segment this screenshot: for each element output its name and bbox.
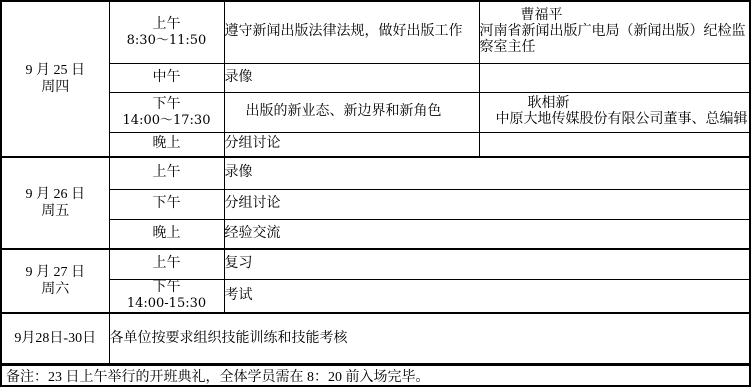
schedule-table: 9 月 25 日 周四 上午 8:30～11:50 遵守新闻出版法律法规，做好出…	[0, 0, 751, 365]
time-cell-d2-morning: 上午	[109, 157, 224, 189]
speaker-name: 耿相新	[480, 96, 750, 112]
activity-cell-d1-noon: 录像	[224, 63, 479, 92]
speaker-cell-d1-afternoon: 耿相新 中原大地传媒股份有限公司董事、总编辑	[479, 92, 750, 132]
date-cell-sep25: 9 月 25 日 周四	[1, 1, 109, 157]
date-cell-sep26: 9 月 26 日 周五	[1, 157, 109, 249]
time-range: 14:00-15:30	[110, 296, 224, 311]
schedule-page: 9 月 25 日 周四 上午 8:30～11:50 遵守新闻出版法律法规，做好出…	[0, 0, 752, 387]
time-cell-d1-morning: 上午 8:30～11:50	[109, 1, 224, 63]
time-cell-d1-afternoon: 下午 14:00～17:30	[109, 92, 224, 132]
remark-text: 备注：23 日上午举行的开班典礼，全体学员需在 8：20 前入场完毕。	[6, 366, 430, 386]
time-cell-d1-evening: 晚上	[109, 132, 224, 157]
time-range: 8:30～11:50	[110, 33, 224, 48]
date-cell-sep28-30: 9月28日-30日	[1, 313, 109, 364]
time-cell-d2-evening: 晚上	[109, 219, 224, 249]
activity-cell-d3-afternoon: 考试	[224, 279, 750, 313]
speaker-title: 中原大地传媒股份有限公司董事、总编辑	[480, 112, 750, 128]
weekday-text: 周六	[2, 281, 109, 298]
date-text: 9 月 25 日	[2, 62, 109, 79]
date-cell-sep27: 9 月 27 日 周六	[1, 249, 109, 313]
speaker-cell-d1-evening-empty	[479, 132, 750, 157]
time-slot-label: 上午	[110, 17, 224, 33]
speaker-cell-d1-noon-empty	[479, 63, 750, 92]
date-text: 9 月 26 日	[2, 186, 109, 203]
activity-cell-d4: 各单位按要求组织技能训练和技能考核	[109, 313, 750, 364]
date-text: 9 月 27 日	[2, 264, 109, 281]
time-cell-d3-afternoon: 下午 14:00-15:30	[109, 279, 224, 313]
time-range: 14:00～17:30	[110, 113, 224, 128]
speaker-cell-d1-morning: 曹福平 河南省新闻出版广电局（新闻出版）纪检监察室主任	[479, 1, 750, 63]
activity-cell-d2-morning: 录像	[224, 157, 750, 189]
time-cell-d3-morning: 上午	[109, 249, 224, 279]
activity-cell-d1-morning: 遵守新闻出版法律法规，做好出版工作	[224, 1, 479, 63]
activity-cell-d1-afternoon: 出版的新业态、新边界和新角色	[224, 92, 479, 132]
remark-row: 备注：23 日上午举行的开班典礼，全体学员需在 8：20 前入场完毕。	[0, 364, 751, 387]
time-cell-d1-noon: 中午	[109, 63, 224, 92]
speaker-name: 曹福平	[480, 8, 750, 24]
weekday-text: 周五	[2, 203, 109, 220]
time-cell-d2-afternoon: 下午	[109, 189, 224, 219]
time-slot-label: 下午	[110, 97, 224, 113]
time-slot-label: 下午	[110, 280, 224, 296]
activity-cell-d2-afternoon: 分组讨论	[224, 189, 750, 219]
activity-cell-d3-morning: 复习	[224, 249, 750, 279]
activity-cell-d1-evening: 分组讨论	[224, 132, 479, 157]
speaker-title: 河南省新闻出版广电局（新闻出版）纪检监察室主任	[480, 24, 750, 56]
weekday-text: 周四	[2, 79, 109, 96]
activity-cell-d2-evening: 经验交流	[224, 219, 750, 249]
